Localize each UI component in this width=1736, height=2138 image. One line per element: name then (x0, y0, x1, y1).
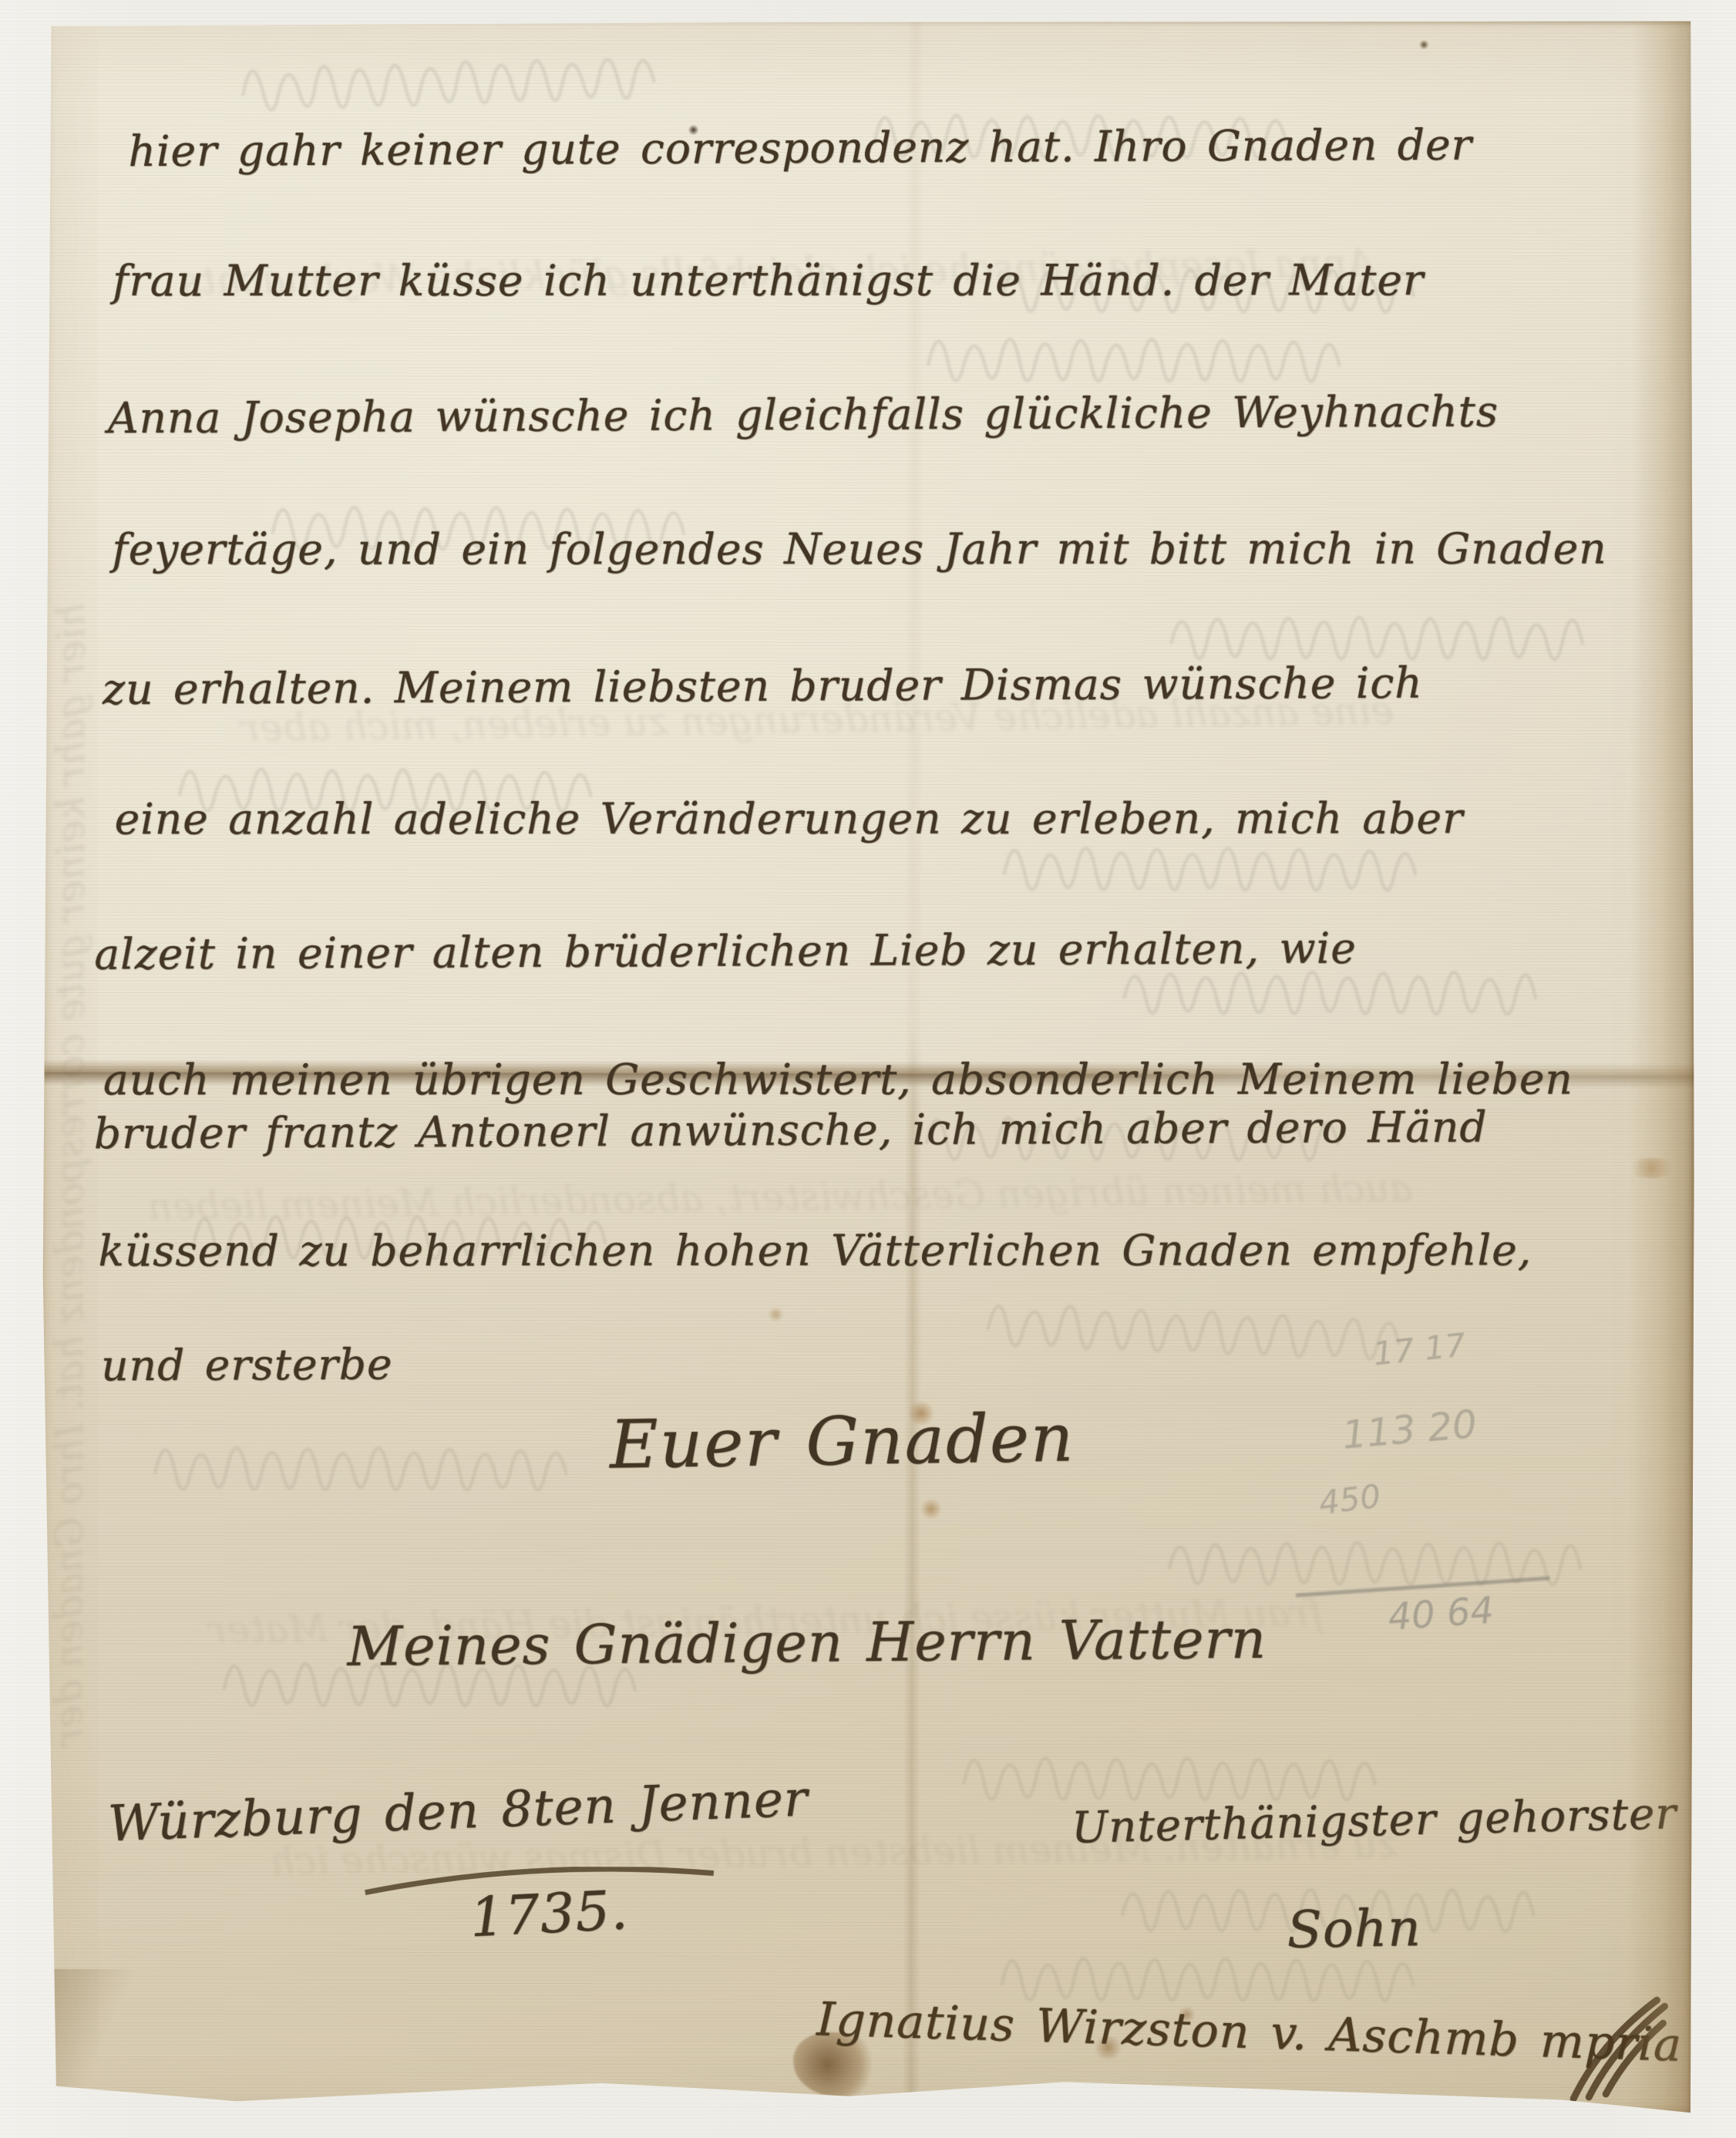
manuscript-line: eine anzahl adeliche Veränderungen zu er… (115, 793, 1464, 843)
pencil-mark: 113 20 (1341, 1402, 1479, 1458)
paper-sheet: Anna Josepha wünsche ich gleichfalls glü… (38, 17, 1698, 2119)
ink-stain (1625, 1158, 1679, 1178)
pencil-strike-line (1296, 1576, 1550, 1597)
scanned-letter-page: Anna Josepha wünsche ich gleichfalls glü… (0, 0, 1736, 2138)
corner-wear (38, 1969, 153, 2116)
dateline-place: Würzburg den 8ten Jenner (107, 1770, 809, 1853)
manuscript-line: feyertäge, und ein folgendes Neues Jahr … (112, 524, 1606, 574)
pencil-mark: 450 (1317, 1477, 1382, 1522)
manuscript-line: Anna Josepha wünsche ich gleichfalls glü… (108, 386, 1499, 443)
ghost-line-vertical: hier gahr keiner gute correspondenz hat.… (46, 603, 93, 1746)
ink-stain (920, 1499, 943, 1519)
manuscript-line: frau Mutter küsse ich unterthänigst die … (113, 255, 1424, 305)
manuscript-line: alzeit in einer alten brüderlichen Lieb … (94, 924, 1357, 979)
paper-aging-tint (38, 1066, 1696, 2119)
signature: Ignatius Wirzston v. Aschmb mpria (816, 1992, 1683, 2072)
manuscript-line: auch meinen übrigen Geschwistert, absond… (103, 1054, 1573, 1104)
manuscript-line: bruder frantz Antonerl anwünsche, ich mi… (94, 1102, 1488, 1158)
ghost-line: auch meinen übrigen Geschwistert, absond… (147, 1165, 1412, 1229)
manuscript-line: zu erhalten. Meinem liebsten bruder Dism… (103, 658, 1423, 714)
closing-line: Unterthänigster gehorster (1071, 1789, 1677, 1853)
pencil-mark: 40 64 (1387, 1589, 1495, 1639)
ink-speck (1419, 39, 1429, 49)
valediction-euer-gnaden: Euer Gnaden (609, 1399, 1075, 1483)
pencil-mark: 17 17 (1371, 1325, 1468, 1372)
manuscript-line: hier gahr keiner gute correspondenz hat.… (128, 120, 1472, 177)
manuscript-line: küssend zu beharrlichen hohen Vätterlich… (98, 1225, 1532, 1275)
ink-stain (767, 1308, 784, 1322)
dateline-year: 1735. (469, 1878, 630, 1949)
manuscript-line: und ersterbe (101, 1339, 393, 1390)
valediction-herrn-vattern: Meines Gnädigen Herrn Vattern (347, 1608, 1267, 1678)
closing-sohn: Sohn (1287, 1898, 1421, 1960)
